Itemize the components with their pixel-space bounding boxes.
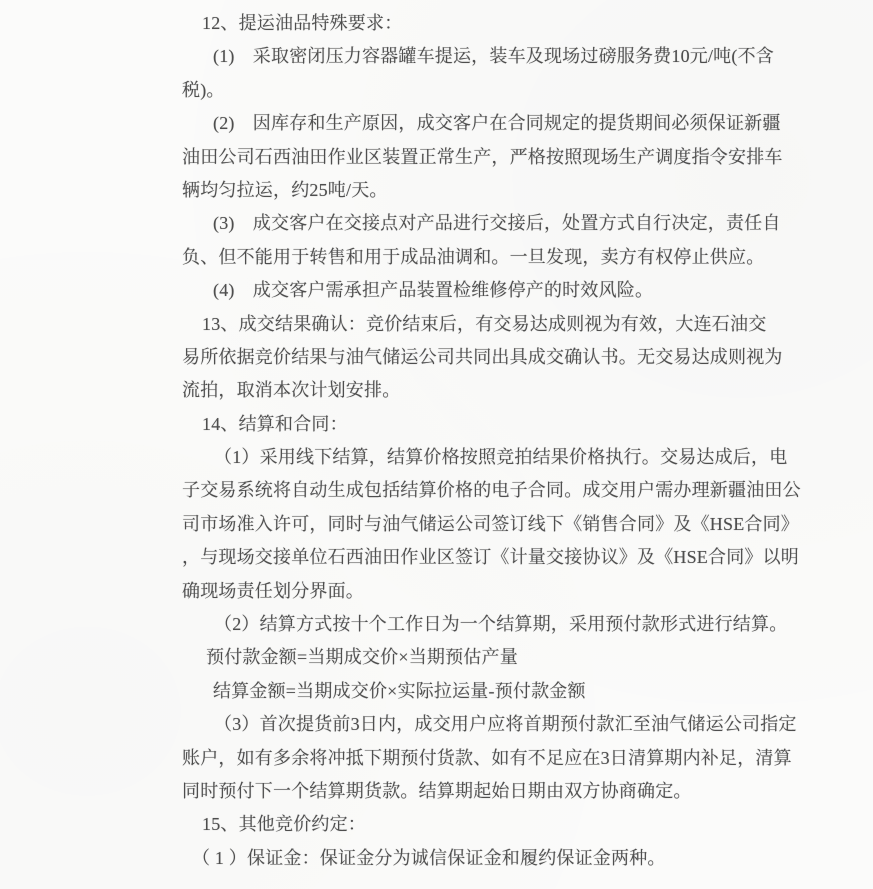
item-12-2-line-2: 油田公司石西油田作业区装置正常生产，严格按照现场生产调度指令安排车 [182,141,717,174]
item-14-1-line-4: ，与现场交接单位石西油田作业区签订《计量交接协议》及《HSE合同》以明 [182,541,717,574]
item-14-1-line-2: 子交易系统将自动生成包括结算价格的电子合同。成交用户需办理新疆油田公 [182,474,717,507]
item-15-1-deposit-line: （ 1 ）保证金：保证金分为诚信保证金和履约保证金两种。 [182,842,717,875]
item-14-3-line-3: 同时预付下一个结算期货款。结算期起始日期由双方协商确定。 [182,775,717,808]
section-13-line-1: 13、成交结果确认：竞价结束后，有交易达成则视为有效，大连石油交 [182,308,717,341]
item-12-2-line-3: 辆均匀拉运，约25吨/天。 [182,174,717,207]
section-14-heading: 14、结算和合同： [182,408,717,441]
item-12-2-line-1: (2) 因库存和生产原因，成交客户在合同规定的提货期间必须保证新疆 [182,107,717,140]
item-14-1-line-1: （1）采用线下结算，结算价格按照竞拍结果价格执行。交易达成后，电 [182,441,717,474]
document-page: 12、提运油品特殊要求： (1) 采取密闭压力容器罐车提运，装车及现场过磅服务费… [0,0,873,889]
item-12-3-line-2: 负、但不能用于转售和用于成品油调和。一旦发现，卖方有权停止供应。 [182,241,717,274]
item-12-1-line-1: (1) 采取密闭压力容器罐车提运，装车及现场过磅服务费10元/吨(不含 [182,40,717,73]
item-12-4-line-1: (4) 成交客户需承担产品装置检维修停产的时效风险。 [182,274,717,307]
section-15-heading: 15、其他竞价约定： [182,808,717,841]
item-14-3-line-1: （3）首次提货前3日内，成交用户应将首期预付款汇至油气储运公司指定 [182,708,717,741]
item-14-1-line-3: 司市场准入许可，同时与油气储运公司签订线下《销售合同》及《HSE合同》 [182,508,717,541]
item-12-3-line-1: (3) 成交客户在交接点对产品进行交接后，处置方式自行决定，责任自 [182,207,717,240]
settlement-formula: 结算金额=当期成交价×实际拉运量-预付款金额 [182,675,717,708]
item-12-1-line-2: 税)。 [182,74,717,107]
prepayment-formula: 预付款金额=当期成交价×当期预估产量 [182,641,717,674]
section-12-heading: 12、提运油品特殊要求： [182,7,717,40]
item-14-2-line-1: （2）结算方式按十个工作日为一个结算期，采用预付款形式进行结算。 [182,608,717,641]
section-13-line-2: 易所依据竞价结果与油气储运公司共同出具成交确认书。无交易达成则视为 [182,341,717,374]
item-14-3-line-2: 账户，如有多余将冲抵下期预付货款、如有不足应在3日清算期内补足，清算 [182,742,717,775]
item-14-1-line-5: 确现场责任划分界面。 [182,575,717,608]
document-text-column: 12、提运油品特殊要求： (1) 采取密闭压力容器罐车提运，装车及现场过磅服务费… [182,7,717,875]
section-13-line-3: 流拍，取消本次计划安排。 [182,374,717,407]
